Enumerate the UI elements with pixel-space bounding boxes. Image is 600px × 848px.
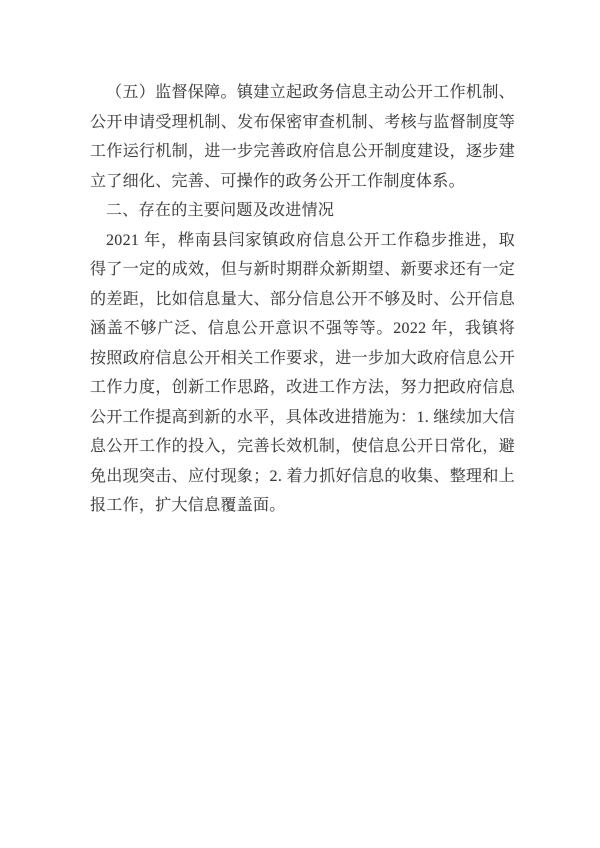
document-text-block: （五）监督保障。镇建立起政务信息主动公开工作机制、公开申请受理机制、发布保密审查… [90,78,515,521]
paragraph-problems-and-improvements: 2021 年，桦南县闫家镇政府信息公开工作稳步推进，取得了一定的成效，但与新时期… [90,226,515,521]
section-heading-problems-improvements: 二、存在的主要问题及改进情况 [90,196,515,226]
document-page: （五）监督保障。镇建立起政务信息主动公开工作机制、公开申请受理机制、发布保密审查… [0,0,600,848]
paragraph-supervision-guarantee: （五）监督保障。镇建立起政务信息主动公开工作机制、公开申请受理机制、发布保密审查… [90,78,515,196]
